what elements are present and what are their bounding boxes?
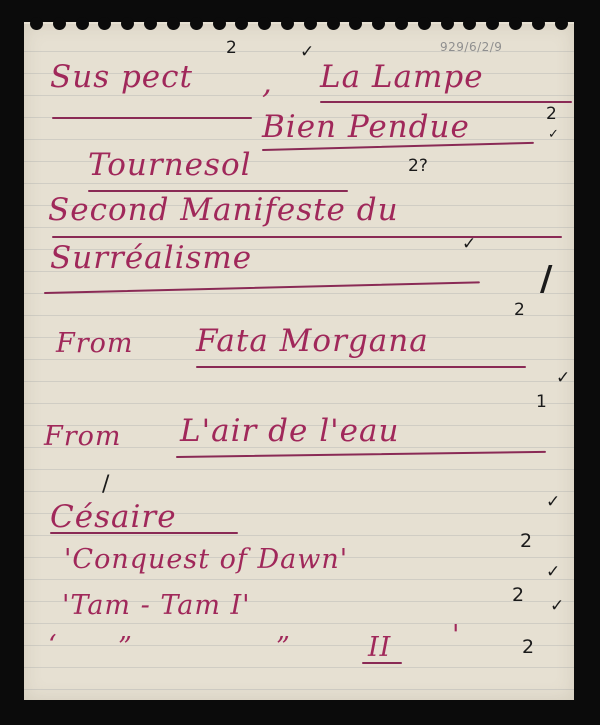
underline-cesaire [50,532,238,534]
annotation-number: 2 [546,106,557,123]
title-surrealisme: Surréalisme [50,243,252,274]
title-suspect: Sus pect [50,62,193,93]
underline-la-lampe [320,101,572,103]
perforation-hole [532,17,545,30]
scan-background: 929/6/2/9 2 ✓ Sus pect , La Lampe Bien P… [0,0,600,725]
underline-fata-morgana [196,366,526,368]
check-mark: ✓ [546,564,560,581]
check-mark: ✓ [300,44,314,61]
close-quote: ' [452,622,460,649]
perforated-edge [24,16,574,32]
ditto-mark: ” [118,634,133,661]
perforation-hole [258,17,271,30]
perforation-hole [76,17,89,30]
underline-second-manifeste [52,236,562,238]
perforation-hole [395,17,408,30]
title-tournesol: Tournesol [88,150,252,181]
perforation-hole [349,17,362,30]
check-mark: ✓ [548,128,559,141]
perforation-hole [509,17,522,30]
comma: , [262,68,273,99]
perforation-hole [30,17,43,30]
perforation-hole [418,17,431,30]
label-from: From [44,423,122,450]
archive-reference: 929/6/2/9 [440,40,502,54]
check-mark: ✓ [556,370,570,387]
perforation-hole [441,17,454,30]
perforation-hole [327,17,340,30]
perforation-hole [121,17,134,30]
check-mark: ✓ [550,598,564,615]
author-cesaire: Césaire [50,502,177,533]
underline-suspect [52,117,252,119]
title-second-manifeste: Second Manifeste du [48,195,399,226]
perforation-hole [555,17,568,30]
perforation-hole [235,17,248,30]
perforation-hole [53,17,66,30]
check-mark: ✓ [462,236,476,253]
title-bien-pendue: Bien Pendue [262,112,470,143]
perforation-hole [281,17,294,30]
accent-stroke: / [102,474,109,496]
annotation-number: 1 [536,394,547,411]
label-from: From [56,330,134,357]
ditto-open-quote: ‘ [48,632,58,659]
title-fata-morgana: Fata Morgana [196,326,429,357]
perforation-hole [372,17,385,30]
title-lair-de-leau: L'air de l'eau [180,416,399,447]
roman-numeral-ii: II [368,634,391,661]
title-la-lampe: La Lampe [320,62,484,93]
perforation-hole [167,17,180,30]
annotation-number-question: 2? [408,158,428,175]
annotation-number: 2 [512,586,524,605]
perforation-hole [463,17,476,30]
perforation-hole [98,17,111,30]
annotation-number: 2 [522,638,534,657]
perforation-hole [304,17,317,30]
annotation-number: 2 [514,302,525,319]
ditto-mark: ” [276,634,291,661]
perforation-hole [213,17,226,30]
annotation-number: 2 [226,40,237,57]
title-tam-tam-i: 'Tam - Tam I' [62,592,251,619]
title-conquest-of-dawn: 'Conquest of Dawn' [64,546,348,573]
perforation-hole [144,17,157,30]
underline-roman-ii [362,662,402,664]
side-stroke-mark: / [540,262,552,296]
perforation-hole [486,17,499,30]
annotation-number: 2 [520,532,532,551]
check-mark: ✓ [546,494,560,511]
perforation-hole [190,17,203,30]
